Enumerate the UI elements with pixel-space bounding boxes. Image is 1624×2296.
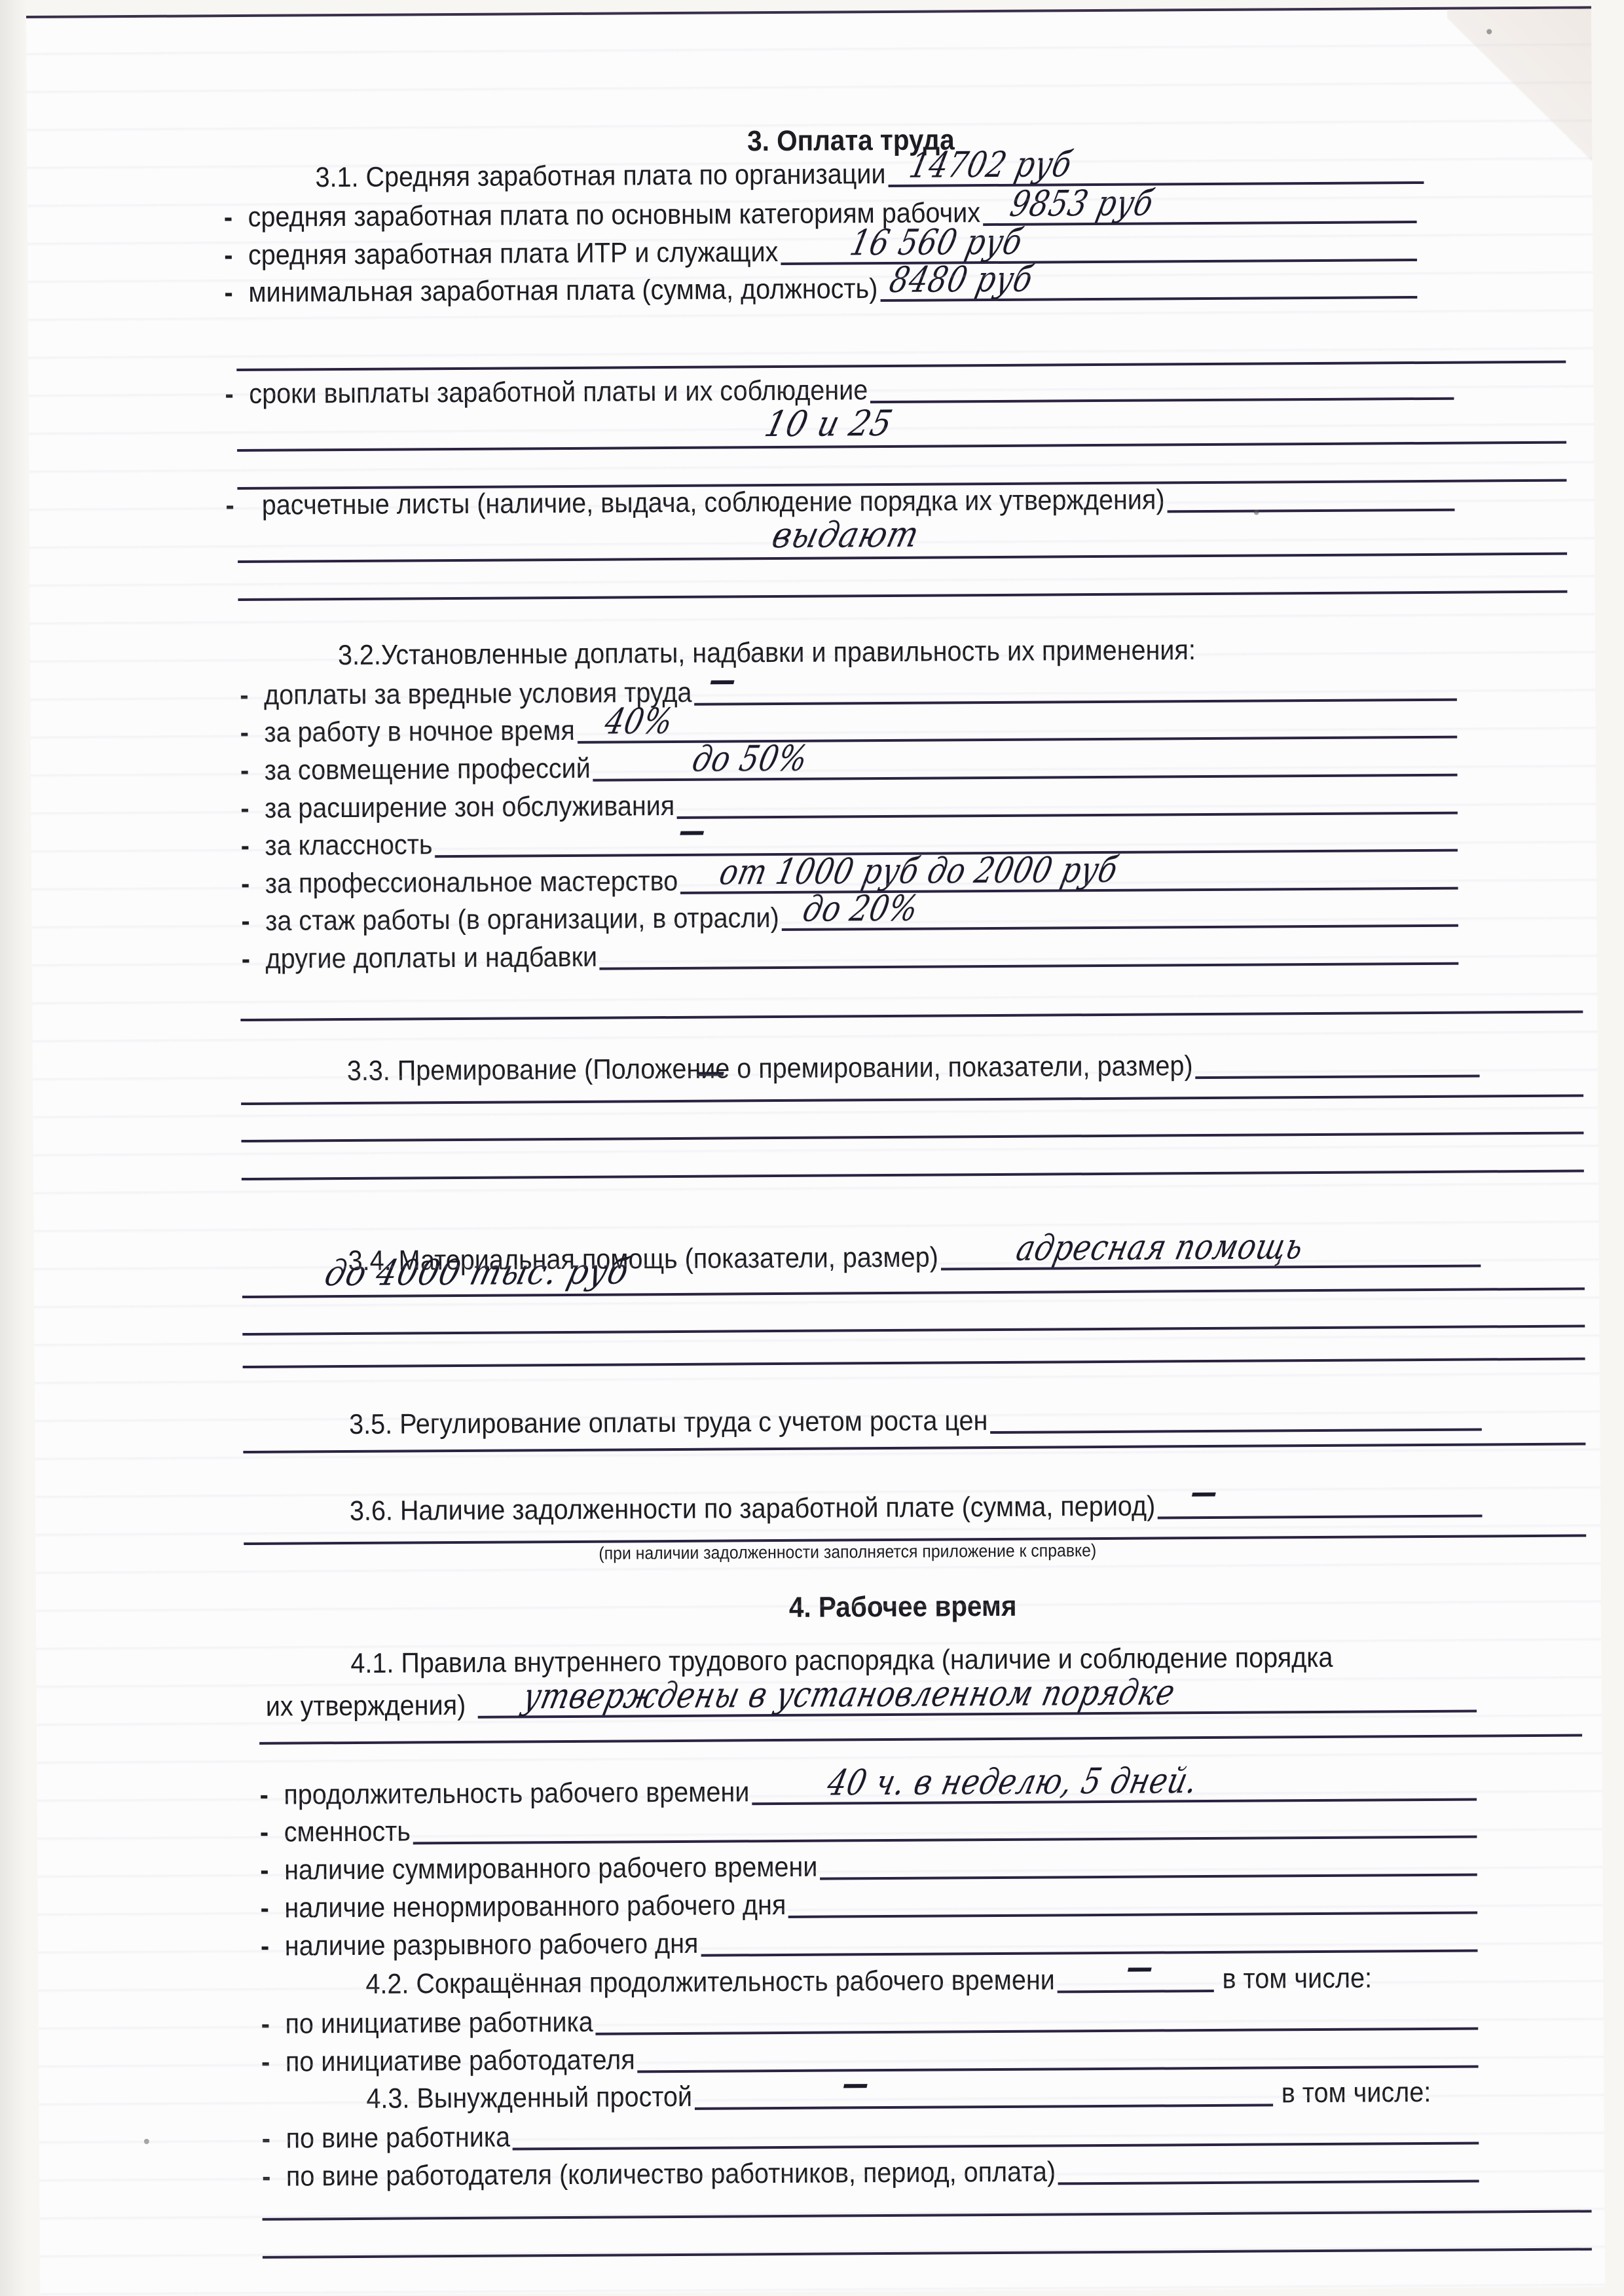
field-4-1-title: 4.1. Правила внутреннего трудового распо… [350,1644,1333,1678]
input-line[interactable] [677,812,1458,819]
handwritten-value: 14702 руб [906,147,1075,183]
handwritten-value: 40% [601,704,676,740]
field-label: расчетные листы (наличие, выдача, соблюд… [262,486,1165,519]
field-3-6-wage-arrears: 3.6. Наличие задолженности по заработной… [350,1490,1483,1525]
field-label: продолжительность рабочего времени [284,1778,749,1809]
input-line[interactable] [637,2066,1478,2073]
field-label: другие доплаты и надбавки [265,943,597,974]
blank-line[interactable] [240,1011,1583,1022]
handwritten-value: до 50% [690,741,811,777]
bullet: - [259,1781,284,1810]
bullet: - [261,2011,286,2039]
handwritten-value-2: до 4000 тыс. руб [321,1250,633,1294]
input-line[interactable]: — [1058,1990,1214,1993]
field-other-bonuses: - другие доплаты и надбавки [242,938,1459,974]
field-working-hours: - продолжительность рабочего времени 40 … [259,1774,1477,1810]
handwritten-value: выдают [768,514,923,556]
field-combined-professions: - за совмещение профессий до 50% [240,750,1458,785]
input-line[interactable]: 8480 руб [880,296,1417,302]
arrears-note: (при наличии задолженности заполняется п… [599,1540,1096,1564]
field-itr-avg-salary: - средняя заработная плата ИТР и служащи… [224,234,1417,270]
input-line[interactable] [600,962,1459,970]
folded-corner [1447,9,1593,179]
input-line[interactable]: 9853 руб [983,221,1417,226]
input-line[interactable] [701,1950,1477,1957]
handwritten-value: до 20% [800,891,921,927]
bullet: - [241,870,265,898]
field-label: 3.2.Установленные доплаты, надбавки и пр… [338,636,1196,670]
bullet: - [242,945,266,974]
bullet: - [260,1857,284,1885]
field-label: 3.1. Средняя заработная плата по организ… [315,160,885,192]
input-line[interactable] [1058,2180,1479,2185]
blank-line[interactable] [263,2248,1592,2258]
handwritten-value: 8480 руб [886,262,1036,298]
field-label: за расширение зон обслуживания [265,792,674,823]
scan-speck [144,2139,149,2144]
field-label: за классность [265,831,432,860]
bullet: - [240,719,265,747]
input-line[interactable]: — [1158,1514,1483,1519]
section-4-title: 4. Рабочее время [789,1590,1017,1624]
field-4-1-approval: их утверждения) утверждены в установленн… [266,1686,1477,1721]
handwritten-value: утверждены в установленном порядке [520,1675,1178,1714]
bullet: - [225,380,249,409]
input-line[interactable] [513,2142,1479,2151]
bullet: - [225,492,249,520]
input-line[interactable] [788,1912,1477,1918]
input-line[interactable] [413,1836,1477,1845]
field-label: минимальная заработная плата (сумма, дол… [248,275,877,307]
input-line[interactable] [990,1428,1482,1434]
field-label: за стаж работы (в организации, в отрасли… [265,904,779,936]
blank-line[interactable] [236,361,1566,371]
field-label: их утверждения) [266,1692,466,1721]
input-line[interactable] [1167,509,1454,513]
field-label: 3.3. Премирование (Положение о премирова… [347,1052,1193,1085]
field-3-5-price-indexation: 3.5. Регулирование оплаты труда с учетом… [349,1404,1482,1439]
field-label: сменность [284,1817,411,1846]
input-line[interactable] [595,2028,1478,2035]
blank-line[interactable] [238,591,1567,601]
field-4-2-reduced-hours: 4.2. Сокращённая продолжительность рабоч… [365,1963,1498,1999]
field-label: по вине работника [286,2124,510,2153]
bullet: - [261,1895,285,1923]
input-line[interactable]: 40 ч. в неделю, 5 дней. [752,1798,1477,1806]
blank-line[interactable] [242,1170,1584,1181]
input-line[interactable]: от 1000 руб до 2000 руб [680,887,1458,894]
field-service-zones: - за расширение зон обслуживания [240,788,1458,823]
field-label: наличие суммированного рабочего времени [284,1853,818,1885]
field-label: средняя заработная плата ИТР и служащих [248,238,779,270]
bullet: - [262,2125,286,2153]
bullet: - [240,682,264,710]
form-page: 3. Оплата труда 3.1. Средняя заработная … [26,6,1605,2296]
field-label: 3.5. Регулирование оплаты труда с учетом… [349,1407,988,1439]
handwritten-value: — [1124,1952,1157,1984]
in-that-number-label: в том числе: [1282,2079,1431,2107]
blank-line[interactable] [259,1734,1582,1745]
field-workers-avg-salary: - средняя заработная плата по основным к… [224,196,1417,232]
scan-speck [1254,510,1259,515]
field-3-1: 3.1. Средняя заработная плата по организ… [315,157,1424,192]
field-label: за совмещение профессий [265,755,591,785]
in-that-number-label: в том числе: [1222,1965,1372,1994]
bullet: - [224,204,248,232]
field-3-2-title: 3.2.Установленные доплаты, надбавки и пр… [338,636,1196,670]
handwritten-value: — [1188,1477,1221,1508]
field-irregular-day: - наличие ненормированного рабочего дня [261,1887,1478,1923]
field-night-work: - за работу в ночное время 40% [240,712,1458,747]
handwritten-value: 10 и 25 [761,403,897,445]
bullet: - [240,795,265,823]
field-label: наличие разрывного рабочего дня [285,1930,699,1961]
bullet: - [262,2163,286,2191]
bullet: - [240,757,265,785]
input-line[interactable]: адресная помощь [941,1264,1481,1270]
handwritten-value: 16 560 руб [847,225,1025,261]
field-label: за профессиональное мастерство [265,867,678,898]
bullet: - [261,1933,285,1961]
blank-line[interactable] [243,1442,1585,1453]
field-label: по инициативе работодателя [286,2046,635,2076]
handwritten-value: адресная помощь [1013,1229,1306,1266]
field-label: за работу в ночное время [264,717,575,747]
field-label: по инициативе работника [285,2009,593,2039]
field-summarized-time: - наличие суммированного рабочего времен… [260,1850,1477,1885]
field-4-3-downtime: 4.3. Вынужденный простой — в том числе: [366,2078,1499,2113]
handwritten-value: — [707,665,740,696]
field-min-salary: - минимальная заработная плата (сумма, д… [224,272,1417,307]
payment-terms-answer-line[interactable]: 10 и 25 [237,441,1566,452]
input-line[interactable] [870,397,1454,403]
handwritten-value: 9853 руб [1007,185,1157,221]
field-harmful-conditions: - доплаты за вредные условия труда — [240,674,1457,710]
input-line[interactable]: 16 560 руб [781,259,1417,265]
field-label: наличие ненормированного рабочего дня [284,1891,786,1923]
bullet: - [224,279,248,307]
input-line[interactable]: — [695,2104,1273,2109]
field-employee-fault: - по вине работника [262,2118,1479,2153]
bullet: - [261,2049,286,2077]
bullet: - [241,832,265,860]
field-label: 4.2. Сокращённая продолжительность рабоч… [365,1966,1055,1998]
input-line[interactable] [1195,1074,1479,1079]
blank-line[interactable] [241,1132,1583,1143]
input-line[interactable]: до 20% [781,924,1458,931]
payslips-answer-line[interactable]: выдают [238,553,1567,563]
field-label: 4.1. Правила внутреннего трудового распо… [350,1644,1333,1678]
bullet: - [241,907,265,936]
input-line[interactable]: утверждены в установленном порядке [478,1710,1477,1719]
financial-aid-answer-line[interactable]: до 4000 тыс. руб [242,1287,1585,1298]
field-split-day: - наличие разрывного рабочего дня [261,1925,1478,1961]
input-line[interactable]: до 50% [593,774,1458,782]
blank-line[interactable] [243,1357,1585,1368]
bullet: - [224,242,248,270]
field-employer-fault: - по вине работодателя (количество работ… [262,2156,1479,2191]
input-line[interactable] [820,1874,1477,1880]
scan-edge [0,0,26,2296]
field-label: 4.3. Вынужденный простой [366,2083,692,2113]
bullet: - [260,1819,284,1847]
field-seniority: - за стаж работы (в организации, в отрас… [241,900,1458,936]
field-3-3-bonus: 3.3. Премирование (Положение о премирова… [347,1050,1480,1085]
scan-speck [1486,29,1492,34]
handwritten-value: от 1000 руб до 2000 руб [716,852,1121,890]
blank-line[interactable] [242,1324,1585,1336]
bonus-answer-line[interactable]: — [241,1095,1583,1106]
field-label: по вине работодателя (количество работни… [286,2158,1056,2191]
blank-line[interactable] [263,2210,1592,2220]
field-label: 3.6. Наличие задолженности по заработной… [350,1493,1156,1526]
field-employee-initiative: - по инициативе работника [261,2003,1479,2039]
handwritten-value: 40 ч. в неделю, 5 дней. [824,1763,1202,1801]
field-shifts: - сменность [260,1812,1477,1847]
input-line[interactable]: — [694,699,1457,706]
